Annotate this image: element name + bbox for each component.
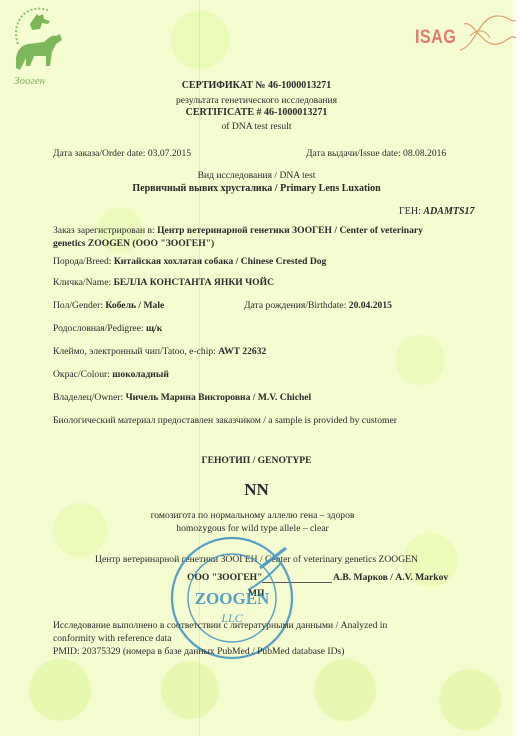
gene-value: ADAMTS17 [423, 206, 474, 217]
genotype-value: NN [0, 480, 513, 500]
certificate-page: Зооген ISAG СЕРТИФИКАТ № 46-1000013271 р… [0, 0, 513, 736]
isag-logo: ISAG [415, 27, 456, 49]
interpretation-en: homozygous for wild type allele – clear [0, 523, 509, 534]
breed-label: Порода/Breed: [53, 256, 114, 267]
interpretation-ru: гомозигота по нормальному аллелю гена – … [0, 510, 509, 521]
sample-note: Биологический материал предоставлен зака… [53, 415, 397, 426]
order-date-value: 03.07.2015 [148, 148, 191, 159]
birthdate-label: Дата рождения/Birthdate: [244, 300, 349, 311]
zoogen-horse-rider-logo-icon: Зооген [8, 4, 68, 88]
dog-name-label: Кличка/Name: [53, 277, 114, 288]
certificate-subtitle-en: of DNA test result [0, 121, 513, 132]
certificate-title-ru: СЕРТИФИКАТ № 46-1000013271 [0, 80, 513, 91]
colour-value: шоколадный [112, 369, 169, 380]
owner-label: Владелец/Owner: [53, 392, 126, 403]
dog-name: Кличка/Name: БЕЛЛА КОНСТАНТА ЯНКИ ЧОЙС [53, 277, 274, 288]
gender-label: Пол/Gender: [53, 300, 105, 311]
registered-value-cont: genetics ZOOGEN (ООО "ЗООГЕН") [53, 238, 214, 249]
chip-label: Клеймо, электронный чип/Tatoo, e-chip: [53, 346, 218, 357]
issue-date: Дата выдачи/Issue date: 08.08.2016 [306, 148, 446, 159]
birthdate: Дата рождения/Birthdate: 20.04.2015 [244, 300, 392, 311]
breed-value: Китайская хохлатая собака / Chinese Cres… [114, 256, 327, 267]
pedigree-value: щ/к [146, 323, 162, 334]
company-seal-stamp: ZOOGEN LLC [168, 534, 296, 662]
order-date: Дата заказа/Order date: 03.07.2015 [53, 148, 191, 159]
colour-label: Окрас/Colour: [53, 369, 112, 380]
gene-label: ГЕН: [399, 206, 423, 217]
svg-text:ZOOGEN: ZOOGEN [195, 589, 270, 608]
dna-test-name: Первичный вывих хрусталика / Primary Len… [0, 183, 513, 194]
owner: Владелец/Owner: Чичель Марина Викторовна… [53, 392, 311, 403]
dna-helix-icon [456, 10, 518, 54]
gene: ГЕН: ADAMTS17 [399, 206, 475, 217]
chip-value: AWT 22632 [218, 346, 266, 357]
dog-name-value: БЕЛЛА КОНСТАНТА ЯНКИ ЧОЙС [114, 277, 274, 288]
pedigree: Родословная/Pedigree: щ/к [53, 323, 162, 334]
reference-note-line1: Исследование выполнено в соответствии с … [53, 620, 387, 631]
chip: Клеймо, электронный чип/Tatoo, e-chip: A… [53, 346, 266, 357]
pedigree-label: Родословная/Pedigree: [53, 323, 146, 334]
genotype-heading: ГЕНОТИП / GENOTYPE [0, 455, 513, 466]
owner-value: Чичель Марина Викторовна / M.V. Chichel [126, 392, 312, 403]
certificate-title-en: CERTIFICATE # 46-1000013271 [0, 107, 513, 118]
birthdate-value: 20.04.2015 [349, 300, 392, 311]
reference-note-line2: conformity with reference data [53, 633, 172, 644]
registered-at: Заказ зарегистрирован в: Центр ветеринар… [53, 225, 423, 236]
registered-label: Заказ зарегистрирован в: [53, 225, 157, 236]
gender: Пол/Gender: Кобель / Male [53, 300, 164, 311]
gender-value: Кобель / Male [105, 300, 164, 311]
issue-date-value: 08.08.2016 [403, 148, 446, 159]
dna-test-label: Вид исследования / DNA test [0, 170, 513, 181]
order-date-label: Дата заказа/Order date: [53, 148, 148, 159]
issue-date-label: Дата выдачи/Issue date: [306, 148, 403, 159]
pubmed-ids: PMID: 20375329 (номера в базе данных Pub… [53, 646, 344, 657]
colour: Окрас/Colour: шоколадный [53, 369, 169, 380]
certificate-subtitle-ru: результата генетического исследования [0, 95, 513, 106]
registered-value: Центр ветеринарной генетики ЗООГЕН / Cen… [157, 225, 423, 236]
signer-name: А.В. Марков / A.V. Markov [333, 572, 448, 583]
breed: Порода/Breed: Китайская хохлатая собака … [53, 256, 326, 267]
